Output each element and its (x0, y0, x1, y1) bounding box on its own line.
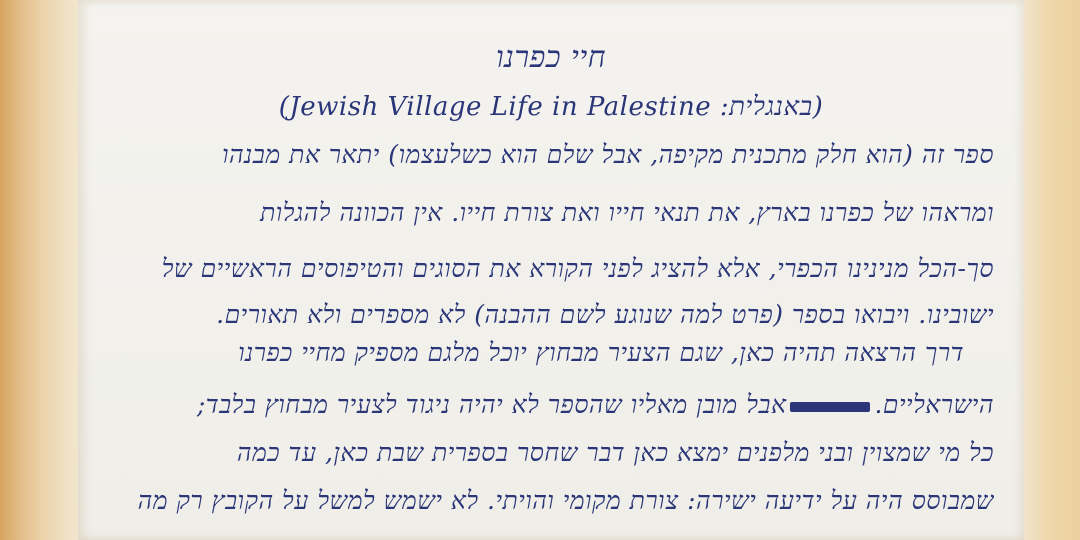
text-line-8: שמבוסס היה על ידיעה ישירה: צורת מקומי וה… (94, 486, 994, 516)
text-line-5: דרך הרצאה תהיה כאן, שגם הצעיר מבחוץ יוכל… (94, 338, 964, 368)
page-title: חיי כפרנו (78, 40, 1024, 75)
page-subtitle: (באנגלית: Jewish Village Life in Palesti… (78, 92, 1024, 122)
manuscript-page: חיי כפרנו (באנגלית: Jewish Village Life … (78, 0, 1024, 540)
text-line-1: ספר זה (הוא חלק מתכנית מקיפה, אבל שלם הו… (94, 140, 994, 170)
struck-out-text (790, 402, 870, 412)
paper-left-edge (0, 0, 78, 540)
text-line-6b: אבל מובן מאליו שהספר לא יהיה ניגוד לצעיר… (197, 390, 787, 419)
text-line-6-wrapper: הישראליים.אבל מובן מאליו שהספר לא יהיה נ… (94, 390, 994, 420)
text-line-6a: הישראליים. (874, 390, 994, 419)
text-line-3: סך-הכל מנינינו הכפרי, אלא להציג לפני הקו… (94, 254, 994, 284)
paper-right-edge (1024, 0, 1080, 540)
text-line-4: ישובינו. ויבואו בספר (פרט למה שנוגע לשם … (94, 300, 994, 330)
text-line-2: ומראהו של כפרנו בארץ, את תנאי חייו ואת צ… (94, 198, 994, 228)
text-line-7: כל מי שמצוין ובני מלפנים ימצא כאן דבר שח… (94, 438, 994, 468)
